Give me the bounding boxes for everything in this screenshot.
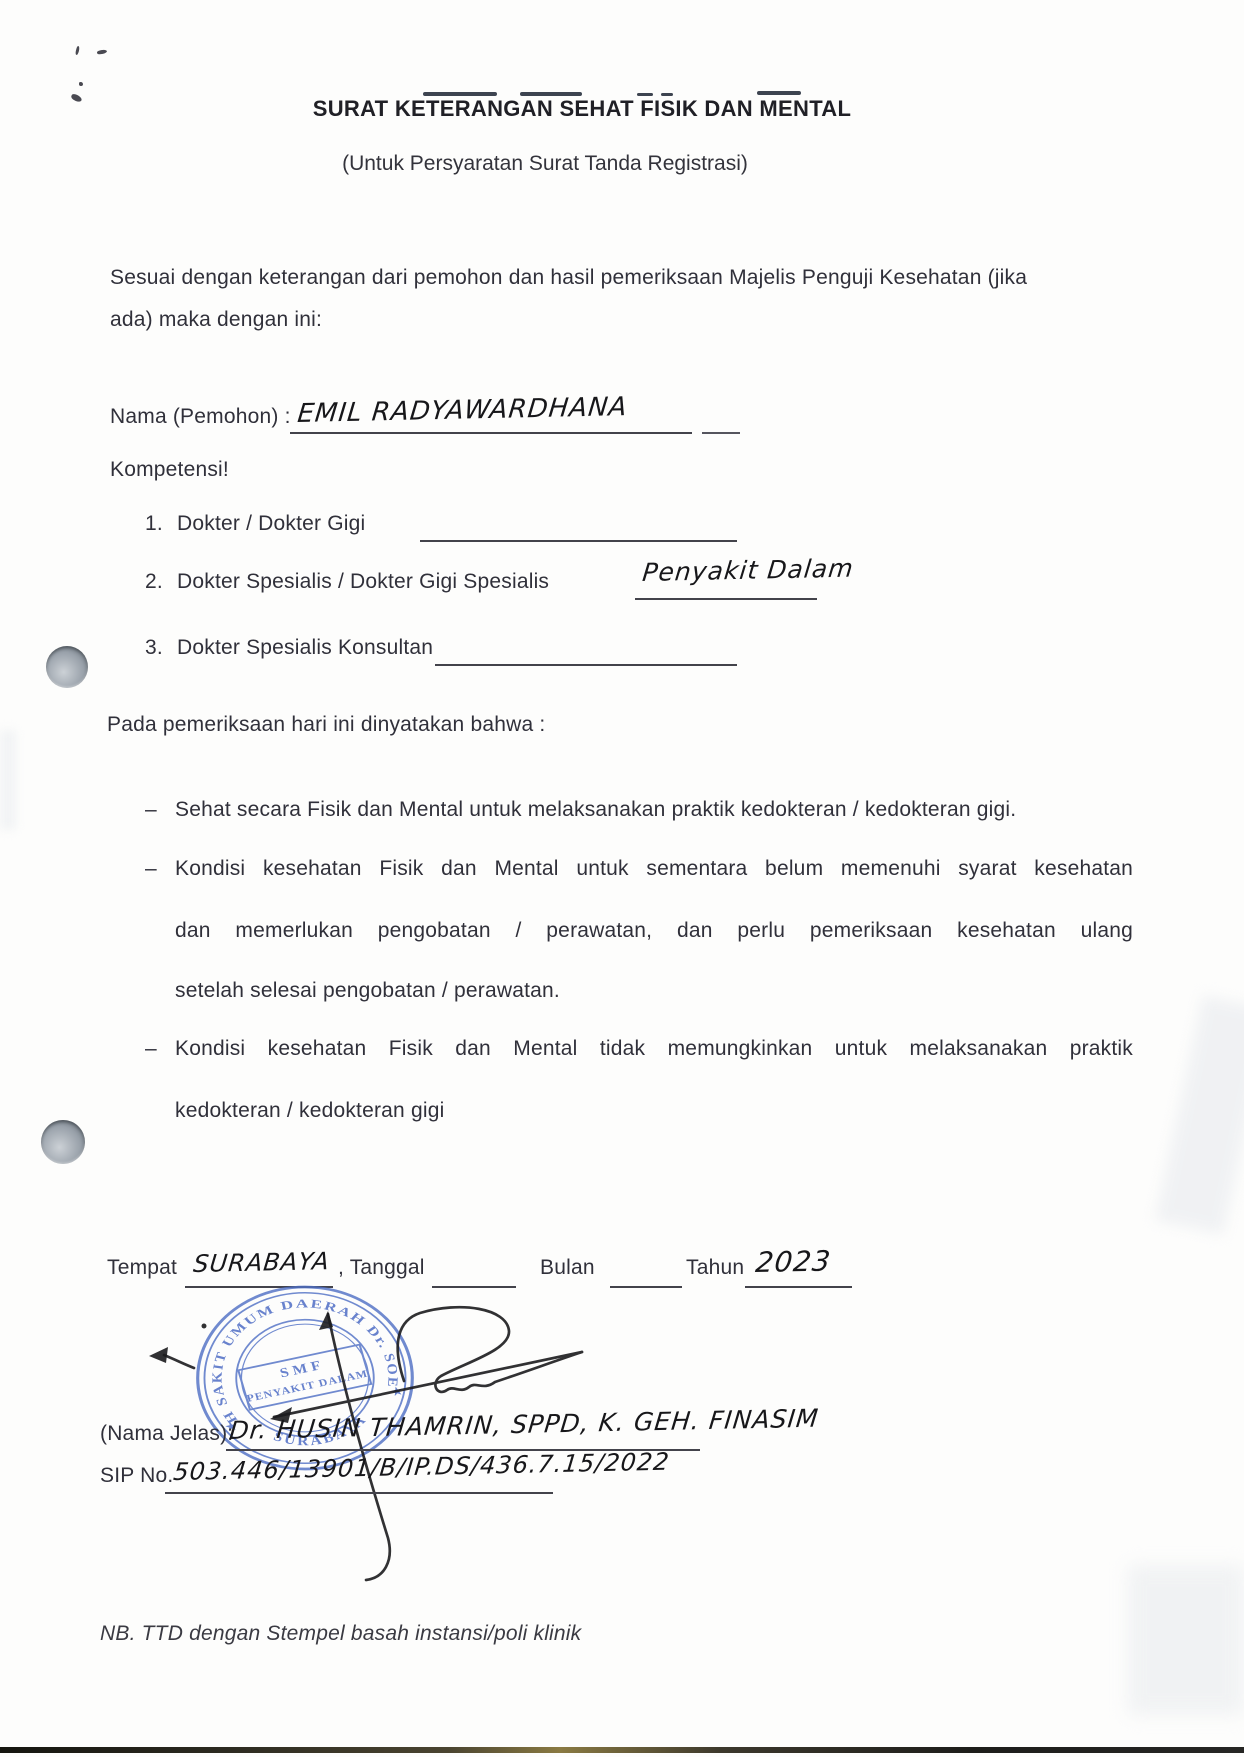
name-label: Nama (Pemohon) :: [110, 405, 291, 429]
scan-line-artifact: [757, 91, 801, 95]
document-title: SURAT KETERANGAN SEHAT FISIK DAN MENTAL: [0, 96, 1164, 122]
list-item-2-underline: [635, 572, 817, 600]
intro-line-1: Sesuai dengan keterangan dari pemohon da…: [110, 266, 1027, 290]
statement-line: – Kondisi kesehatan Fisik dan Mental unt…: [145, 857, 1133, 881]
kompetensi-label: Kompetensi!: [110, 458, 229, 482]
statement-line: dan memerlukan pengobatan / perawatan, d…: [145, 919, 1133, 943]
bullet-dash: –: [145, 798, 157, 822]
list-item-1-label: Dokter / Dokter Gigi: [177, 512, 365, 536]
list-item-3-underline: [435, 638, 737, 666]
list-item-3-number: 3.: [145, 636, 163, 660]
scan-smudge: [1155, 995, 1244, 1235]
tahun-label: Tahun: [686, 1256, 744, 1280]
scan-smudge: [0, 730, 16, 830]
ink-speck: [97, 49, 108, 55]
ink-speck: [79, 82, 83, 86]
bulan-label: Bulan: [540, 1256, 595, 1280]
statement-line: – Sehat secara Fisik dan Mental untuk me…: [145, 798, 1133, 822]
intro-line-2: ada) maka dengan ini:: [110, 308, 322, 332]
statement-heading: Pada pemeriksaan hari ini dinyatakan bah…: [107, 713, 545, 737]
list-item-1-number: 1.: [145, 512, 163, 536]
list-item-2-number: 2.: [145, 570, 163, 594]
place-label: Tempat: [107, 1256, 177, 1280]
statement-line: setelah selesai pengobatan / perawatan.: [145, 979, 1133, 1003]
sip-label: SIP No.: [100, 1464, 173, 1488]
scan-bottom-edge: [0, 1747, 1244, 1753]
sip-underline: [165, 1466, 553, 1494]
list-item-3-label: Dokter Spesialis Konsultan: [177, 636, 433, 660]
hole-punch-bottom: [41, 1120, 85, 1164]
ink-speck: [75, 46, 80, 55]
footnote: NB. TTD dengan Stempel basah instansi/po…: [100, 1622, 581, 1646]
statement-line: – Kondisi kesehatan Fisik dan Mental tid…: [145, 1037, 1133, 1061]
bullet-dash: –: [145, 1037, 157, 1061]
name-underline-dash: [702, 406, 740, 434]
tahun-underline: [745, 1260, 852, 1288]
scan-smudge: [1128, 1565, 1244, 1715]
document-subtitle: (Untuk Persyaratan Surat Tanda Registras…: [0, 152, 1090, 176]
signer-underline: [226, 1424, 700, 1451]
bullet-dash: –: [145, 857, 157, 881]
list-item-2-label: Dokter Spesialis / Dokter Gigi Spesialis: [177, 570, 549, 594]
name-underline: [290, 406, 692, 434]
signer-label: (Nama Jelas):: [100, 1422, 233, 1446]
scanned-letter-page: SURAT KETERANGAN SEHAT FISIK DAN MENTAL …: [0, 0, 1244, 1757]
list-item-1-underline: [420, 514, 737, 542]
hole-punch-top: [46, 646, 88, 688]
statement-line: kedokteran / kedokteran gigi: [145, 1099, 1133, 1123]
